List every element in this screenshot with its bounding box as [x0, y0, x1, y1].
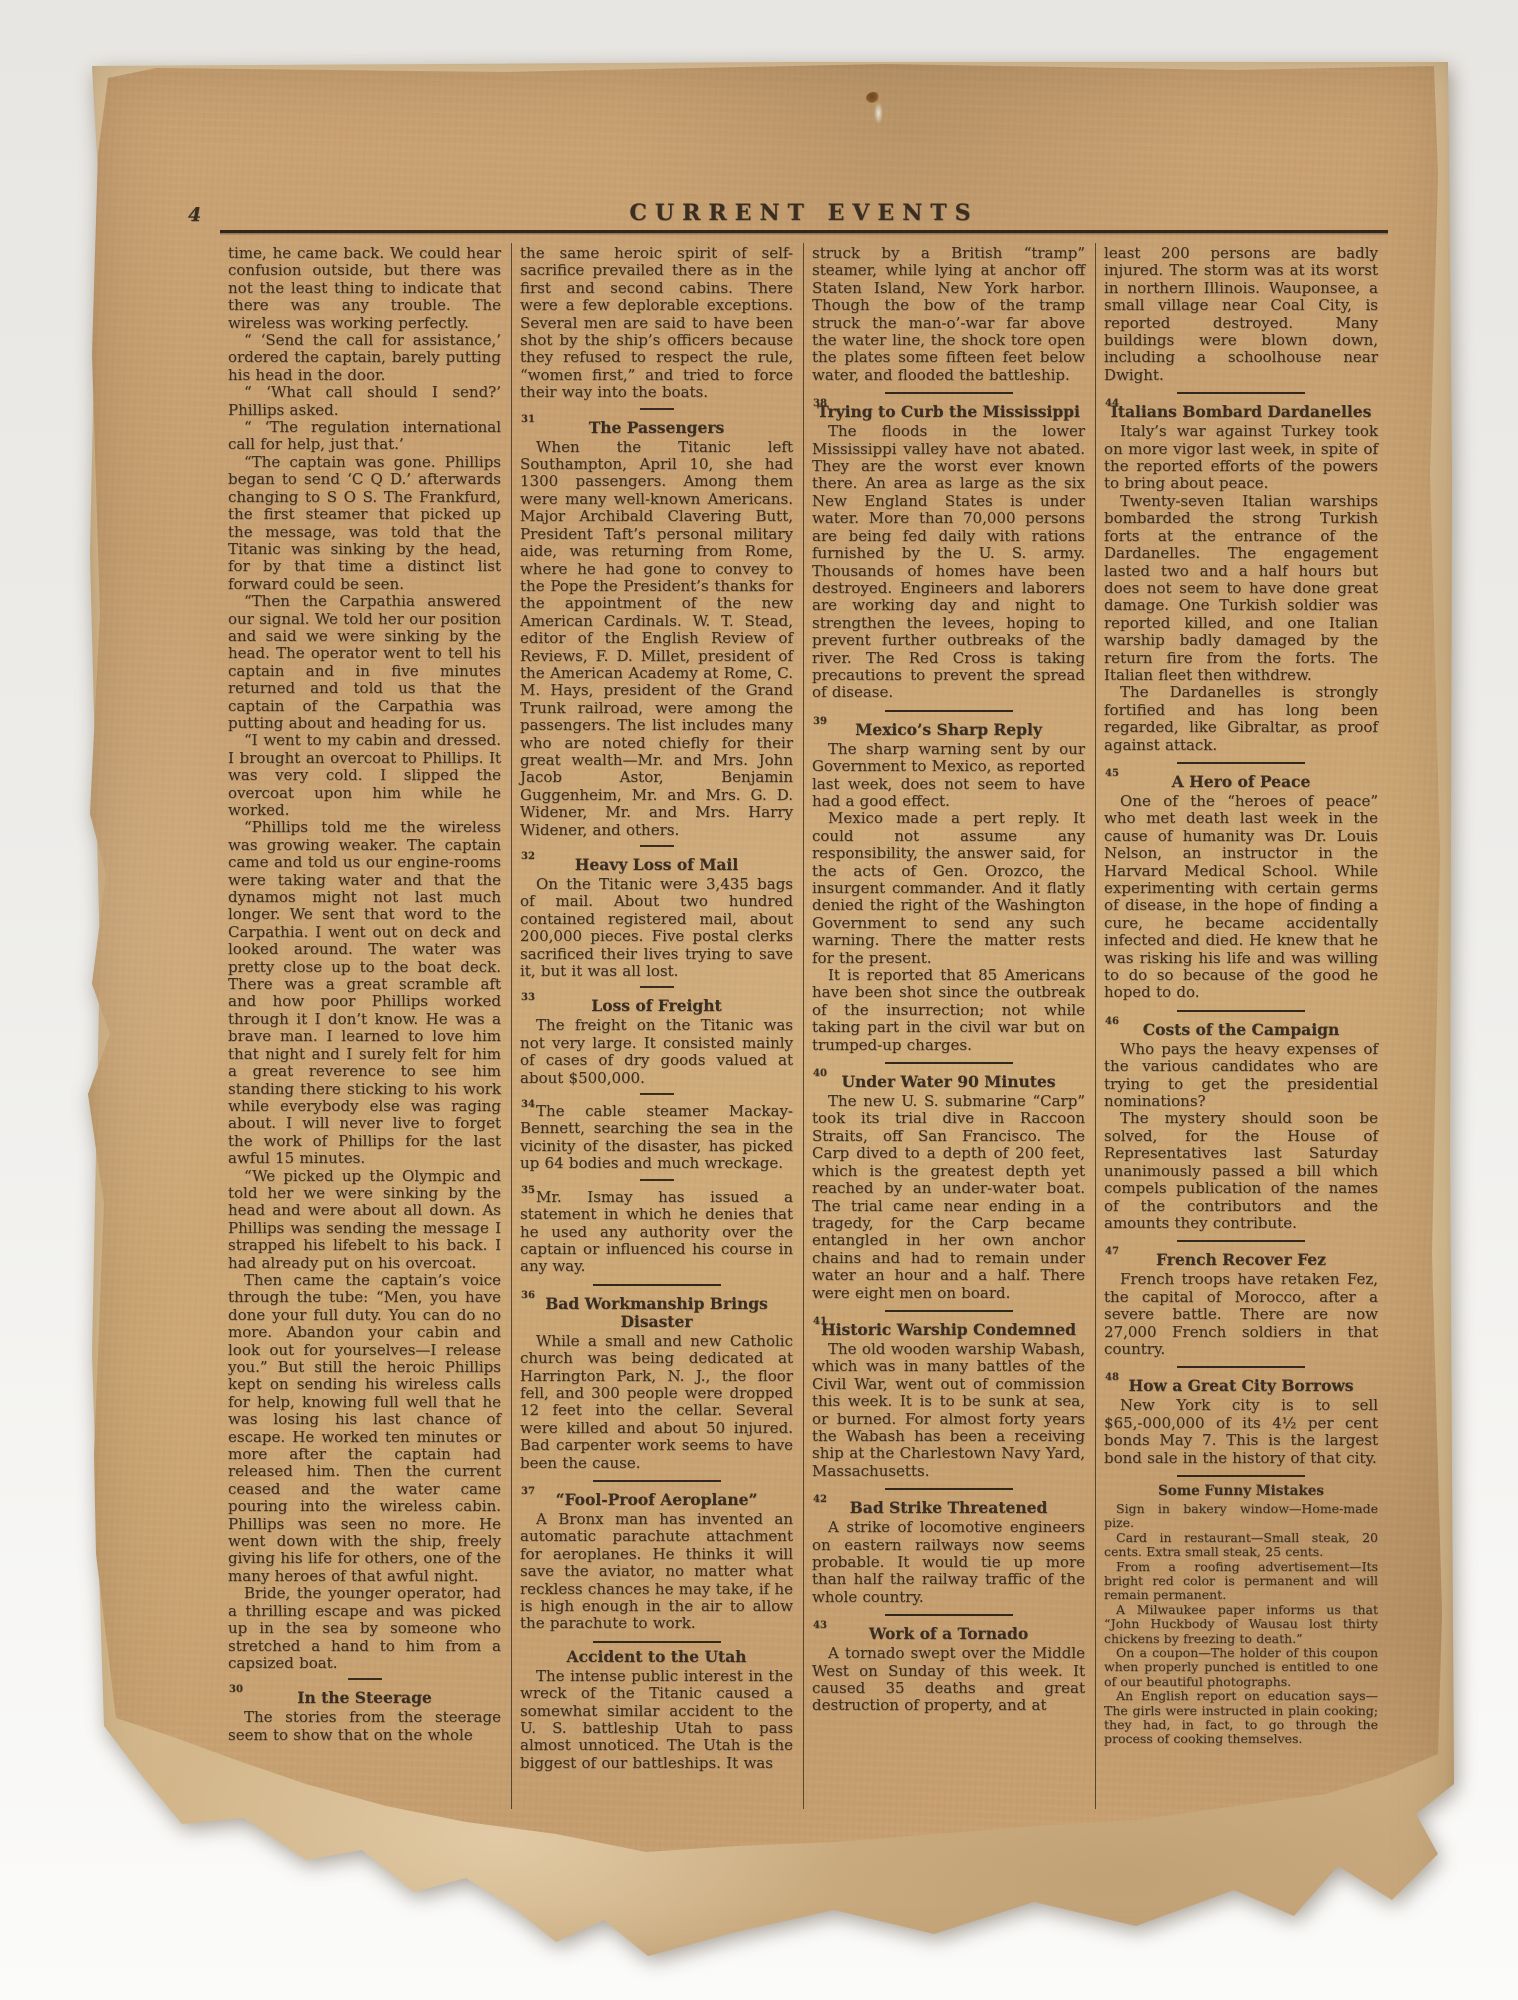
section-divider-rule	[885, 1488, 1013, 1490]
article-paragraph: The stories from the steerage seem to sh…	[228, 1709, 501, 1744]
section-heading: Heavy Loss of Mail	[520, 856, 793, 874]
article-paragraph: French troops have retaken Fez, the capi…	[1104, 1271, 1378, 1358]
article-paragraph: Sign in bakery window—Home-made pize.	[1104, 1502, 1378, 1531]
article-paragraph: “ ‘The regulation international call for…	[228, 419, 501, 454]
section-divider-rule	[885, 710, 1013, 712]
section-divider-rule	[1177, 1475, 1305, 1477]
article-paragraph: The Dardanelles is strongly fortified an…	[1104, 684, 1378, 754]
article-paragraph: Who pays the heavy expenses of the vario…	[1104, 1041, 1378, 1111]
section-divider-rule	[593, 1641, 721, 1643]
section-heading: Under Water 90 Minutes	[812, 1073, 1085, 1091]
section-number: 36	[521, 1291, 793, 1300]
article-paragraph: “Phillips told me the wireless was growi…	[228, 819, 501, 1167]
section-heading: Bad Workmanship Brings Disaster	[520, 1295, 793, 1331]
paper-scuff	[874, 102, 883, 124]
section-divider-short	[640, 408, 674, 410]
section-heading: Accident to the Utah	[520, 1648, 793, 1666]
article-paragraph: “We picked up the Olympic and told her w…	[228, 1168, 501, 1272]
section-number: 30	[229, 1685, 501, 1694]
section-divider-short	[640, 845, 674, 847]
article-paragraph: Mr. Ismay has issued a statement in whic…	[520, 1189, 793, 1276]
article-paragraph: The mystery should soon be solved, for t…	[1104, 1110, 1378, 1232]
column-1: time, he came back. We could hear confus…	[220, 243, 512, 1809]
article-paragraph: A Milwaukee paper informs us that “John …	[1104, 1603, 1378, 1646]
section-divider-rule	[1177, 392, 1305, 394]
section-number: 35	[521, 1186, 793, 1195]
section-number: 45	[1105, 769, 1378, 778]
masthead-rule	[220, 230, 1388, 233]
article-paragraph: the same heroic spirit of self-sacrifice…	[520, 245, 793, 402]
section-heading: Work of a Tornado	[812, 1625, 1085, 1643]
section-number: 31	[521, 415, 793, 424]
article-paragraph: “ ‘What call should I send?’ Phillips as…	[228, 384, 501, 419]
section-divider-rule	[1177, 762, 1305, 764]
masthead-row: 4 CURRENT EVENTS	[220, 200, 1388, 226]
article-paragraph: The new U. S. submarine “Carp” took its …	[812, 1093, 1085, 1302]
article-paragraph: The freight on the Titanic was not very …	[520, 1017, 793, 1087]
article-paragraph: When the Titanic left Southampton, April…	[520, 439, 793, 839]
section-heading: Loss of Freight	[520, 997, 793, 1015]
article-paragraph: On a coupon—The holder of this coupon wh…	[1104, 1646, 1378, 1689]
article-paragraph: On the Titanic were 3,435 bags of mail. …	[520, 876, 793, 980]
section-heading: French Recover Fez	[1104, 1251, 1378, 1269]
section-number: 40	[813, 1069, 1085, 1078]
column-3: struck by a British “tramp” steamer, whi…	[804, 243, 1096, 1809]
newspaper-photo: 4 CURRENT EVENTS time, he came back. We …	[0, 0, 1518, 2000]
article-paragraph: It is reported that 85 Americans have be…	[812, 967, 1085, 1054]
article-paragraph: An English report on education says—The …	[1104, 1689, 1378, 1747]
section-number: 32	[521, 852, 793, 861]
article-paragraph: “The captain was gone. Phillips began to…	[228, 454, 501, 593]
section-number: 47	[1105, 1247, 1378, 1256]
newspaper-page: 4 CURRENT EVENTS time, he came back. We …	[86, 54, 1456, 1974]
page-number: 4	[188, 204, 201, 226]
section-divider-rule	[885, 1614, 1013, 1616]
article-paragraph: A Bronx man has invented an automatic pa…	[520, 1511, 793, 1633]
article-paragraph: Italy’s war against Turkey took on more …	[1104, 423, 1378, 493]
article-paragraph: The sharp warning sent by our Government…	[812, 741, 1085, 811]
article-paragraph: While a small and new Catholic church wa…	[520, 1333, 793, 1472]
section-divider-rule	[1177, 1010, 1305, 1012]
section-heading: Italians Bombard Dardanelles	[1104, 403, 1378, 421]
section-divider-rule	[593, 1284, 721, 1286]
section-divider-short	[640, 986, 674, 988]
article-paragraph: struck by a British “tramp” steamer, whi…	[812, 245, 1085, 384]
article-paragraph: New York city is to sell $65,-000,000 of…	[1104, 1397, 1378, 1467]
section-heading: Bad Strike Threatened	[812, 1499, 1085, 1517]
article-paragraph: time, he came back. We could hear confus…	[228, 245, 501, 332]
section-number: 41	[813, 1317, 1085, 1326]
section-divider-short	[348, 1678, 382, 1680]
section-number: 37	[521, 1487, 793, 1496]
article-paragraph: “I went to my cabin and dressed. I broug…	[228, 732, 501, 819]
section-divider-short	[640, 1093, 674, 1095]
section-number: 46	[1105, 1017, 1378, 1026]
section-heading: Trying to Curb the Mississippi	[812, 403, 1085, 421]
section-divider-rule	[885, 392, 1013, 394]
page-content: 4 CURRENT EVENTS time, he came back. We …	[220, 200, 1388, 1809]
section-divider-rule	[885, 1062, 1013, 1064]
section-heading: “Fool-Proof Aeroplane”	[520, 1491, 793, 1509]
section-heading: A Hero of Peace	[1104, 773, 1378, 791]
section-heading: How a Great City Borrows	[1104, 1377, 1378, 1395]
masthead-title: CURRENT EVENTS	[629, 200, 978, 226]
section-heading: In the Steerage	[228, 1689, 501, 1707]
article-paragraph: “ ‘Send the call for assistance,’ ordere…	[228, 332, 501, 384]
section-number: 34	[521, 1100, 793, 1109]
section-heading: Historic Warship Condemned	[812, 1321, 1085, 1339]
ink-stain	[866, 92, 879, 103]
article-paragraph: The old wooden warship Wabash, which was…	[812, 1341, 1085, 1480]
article-paragraph: Card in restaurant—Small steak, 20 cents…	[1104, 1531, 1378, 1560]
article-columns: time, he came back. We could hear confus…	[220, 243, 1388, 1809]
article-paragraph: One of the “heroes of peace” who met dea…	[1104, 793, 1378, 1002]
section-number: 33	[521, 993, 793, 1002]
section-number: 38	[813, 399, 1085, 408]
section-divider-rule	[593, 1480, 721, 1482]
section-number: 43	[813, 1621, 1085, 1630]
column-2: the same heroic spirit of self-sacrifice…	[512, 243, 804, 1809]
article-paragraph: Then came the captain’s voice through th…	[228, 1272, 501, 1585]
article-paragraph: The cable steamer Mackay-Bennett, search…	[520, 1103, 793, 1173]
section-number: 44	[1105, 399, 1378, 408]
section-number: 42	[813, 1495, 1085, 1504]
article-paragraph: From a roofing advertisement—Its bright …	[1104, 1560, 1378, 1603]
section-heading: The Passengers	[520, 419, 793, 437]
section-number: 39	[813, 717, 1085, 726]
section-divider-rule	[1177, 1366, 1305, 1368]
article-paragraph: Twenty-seven Italian warships bombarded …	[1104, 493, 1378, 684]
section-heading: Mexico’s Sharp Reply	[812, 721, 1085, 739]
article-paragraph: Mexico made a pert reply. It could not a…	[812, 810, 1085, 967]
article-paragraph: A tornado swept over the Middle West on …	[812, 1645, 1085, 1715]
article-paragraph: “Then the Carpathia answered our signal.…	[228, 593, 501, 732]
article-paragraph: A strike of locomotive engineers on east…	[812, 1519, 1085, 1606]
article-paragraph: Bride, the younger operator, had a thril…	[228, 1585, 501, 1672]
section-divider-short	[640, 1179, 674, 1181]
article-paragraph: The intense public interest in the wreck…	[520, 1668, 793, 1772]
section-divider-rule	[1177, 1240, 1305, 1242]
column-4: least 200 persons are badly injured. The…	[1096, 243, 1388, 1809]
section-divider-rule	[885, 1310, 1013, 1312]
section-number: 48	[1105, 1373, 1378, 1382]
section-heading: Costs of the Campaign	[1104, 1021, 1378, 1039]
article-paragraph: least 200 persons are badly injured. The…	[1104, 245, 1378, 384]
section-heading: Some Funny Mistakes	[1104, 1482, 1378, 1500]
article-paragraph: The floods in the lower Mississippi vall…	[812, 423, 1085, 702]
